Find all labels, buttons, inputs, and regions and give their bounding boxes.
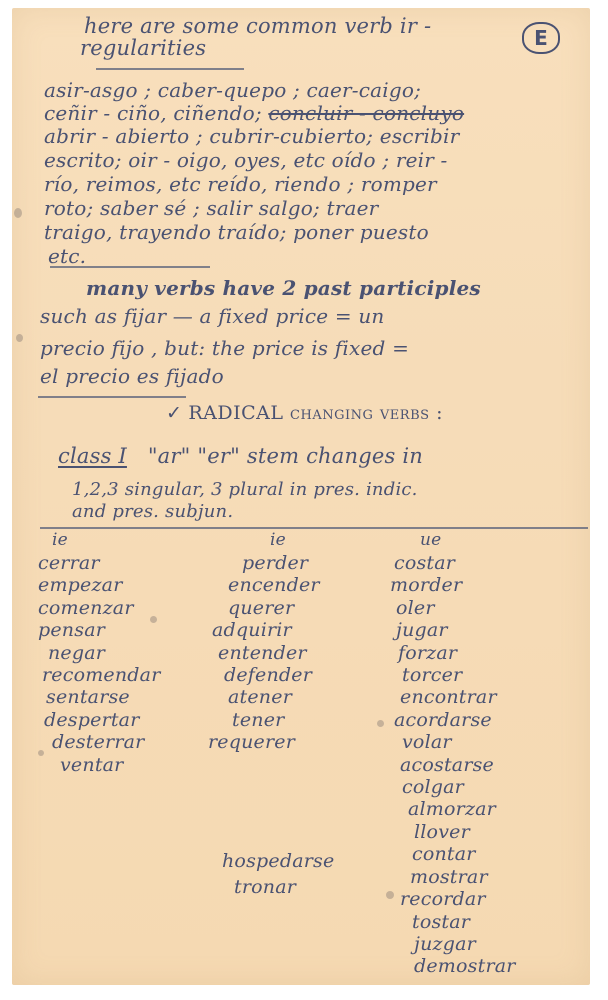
verb: encender [208, 574, 320, 596]
ink-stain [14, 208, 22, 218]
irregular-line-5: río, reimos, etc reído, riendo ; romper [44, 174, 437, 194]
verb: pensar [38, 619, 160, 641]
verb: sentarse [38, 686, 160, 708]
verb: ventar [38, 754, 160, 776]
verb: querer [208, 597, 320, 619]
heading-underline [96, 68, 244, 70]
verb: recordar [390, 888, 516, 910]
irregular-line-7: traigo, trayendo traído; poner puesto [44, 222, 429, 242]
column-header: ue [390, 530, 516, 550]
check-mark-icon: ✓ [166, 402, 182, 424]
verb: recomendar [38, 664, 160, 686]
verb: demostrar [390, 955, 516, 977]
irregular-line-4: escrito; oir - oigo, oyes, etc oído ; re… [44, 150, 448, 170]
verb: oler [390, 597, 516, 619]
verb: encontrar [390, 686, 516, 708]
verb: adquirir [208, 619, 320, 641]
verb-column-ie-1: ie cerrar empezar comenzar pensar negar … [38, 530, 160, 776]
participle-line-1: many verbs have 2 past participles [86, 278, 481, 298]
verb: requerer [208, 731, 320, 753]
verb-column-ie-2: ie perder encender querer adquirir enten… [208, 530, 320, 754]
verb: atener [208, 686, 320, 708]
ink-stain [377, 720, 384, 727]
verb: contar [390, 843, 516, 865]
verb: torcer [390, 664, 516, 686]
class-description: "ar" "er" stem changes in [148, 444, 423, 468]
radical-title: ✓ RADICAL changing verbs : [166, 404, 443, 423]
irregular-line-3: abrir - abierto ; cubrir-cubierto; escri… [44, 126, 459, 146]
verb: empezar [38, 574, 160, 596]
verb: comenzar [38, 597, 160, 619]
ink-stain [16, 334, 23, 342]
radical-line-3: and pres. subjun. [72, 503, 233, 521]
class-label: class I [58, 444, 127, 468]
verb: defender [208, 664, 320, 686]
verb-column-ue: ue costar morder oler jugar forzar torce… [390, 530, 516, 978]
radical-line-2: 1,2,3 singular, 3 plural in pres. indic. [72, 481, 418, 499]
verb: mostrar [390, 866, 516, 888]
verb: acordarse [390, 709, 516, 731]
verb: juzgar [390, 933, 516, 955]
verb: morder [390, 574, 516, 596]
verb: llover [390, 821, 516, 843]
verb: forzar [390, 642, 516, 664]
verb: desterrar [38, 731, 160, 753]
verb: almorzar [390, 798, 516, 820]
participle-line-4: el precio es fijado [40, 366, 224, 386]
verb-column-ie-2-extra: hospedarse tronar [222, 848, 334, 900]
verb: jugar [390, 619, 516, 641]
corner-mark-e: E [522, 22, 560, 54]
heading-line-1: here are some common verb ir - [84, 16, 431, 37]
verb: tener [208, 709, 320, 731]
verb: entender [208, 642, 320, 664]
heading-line-2: regularities [80, 38, 206, 59]
column-header: ie [38, 530, 160, 550]
verb: cerrar [38, 552, 160, 574]
verb: negar [38, 642, 160, 664]
verb: colgar [390, 776, 516, 798]
verb: hospedarse [222, 848, 334, 874]
verb: tronar [222, 874, 334, 900]
participle-line-3: precio fijo , but: the price is fixed = [40, 338, 409, 358]
irregular-line-1: asir-asgo ; caber-quepo ; caer-caigo; [44, 80, 421, 100]
verb: tostar [390, 911, 516, 933]
verb: despertar [38, 709, 160, 731]
column-header: ie [208, 530, 320, 550]
section-divider-2 [38, 396, 186, 398]
irregular-line-2: ceñir - ciño, ciñendo; concluir - conclu… [44, 103, 464, 123]
section-divider-1 [50, 266, 210, 268]
verb: perder [208, 552, 320, 574]
participle-line-2: such as fijar — a fixed price = un [40, 306, 385, 326]
verb: costar [390, 552, 516, 574]
irregular-line-8: etc. [48, 246, 86, 266]
section-divider-3 [40, 527, 588, 529]
class-line: class I "ar" "er" stem changes in [58, 446, 423, 467]
ceñir-text: ceñir - ciño, ciñendo; [44, 101, 262, 125]
verb: volar [390, 731, 516, 753]
struck-text: concluir - concluyo [268, 101, 464, 125]
radical-title-text: RADICAL changing verbs : [188, 402, 443, 424]
verb: acostarse [390, 754, 516, 776]
irregular-line-6: roto; saber sé ; salir salgo; traer [44, 198, 378, 218]
